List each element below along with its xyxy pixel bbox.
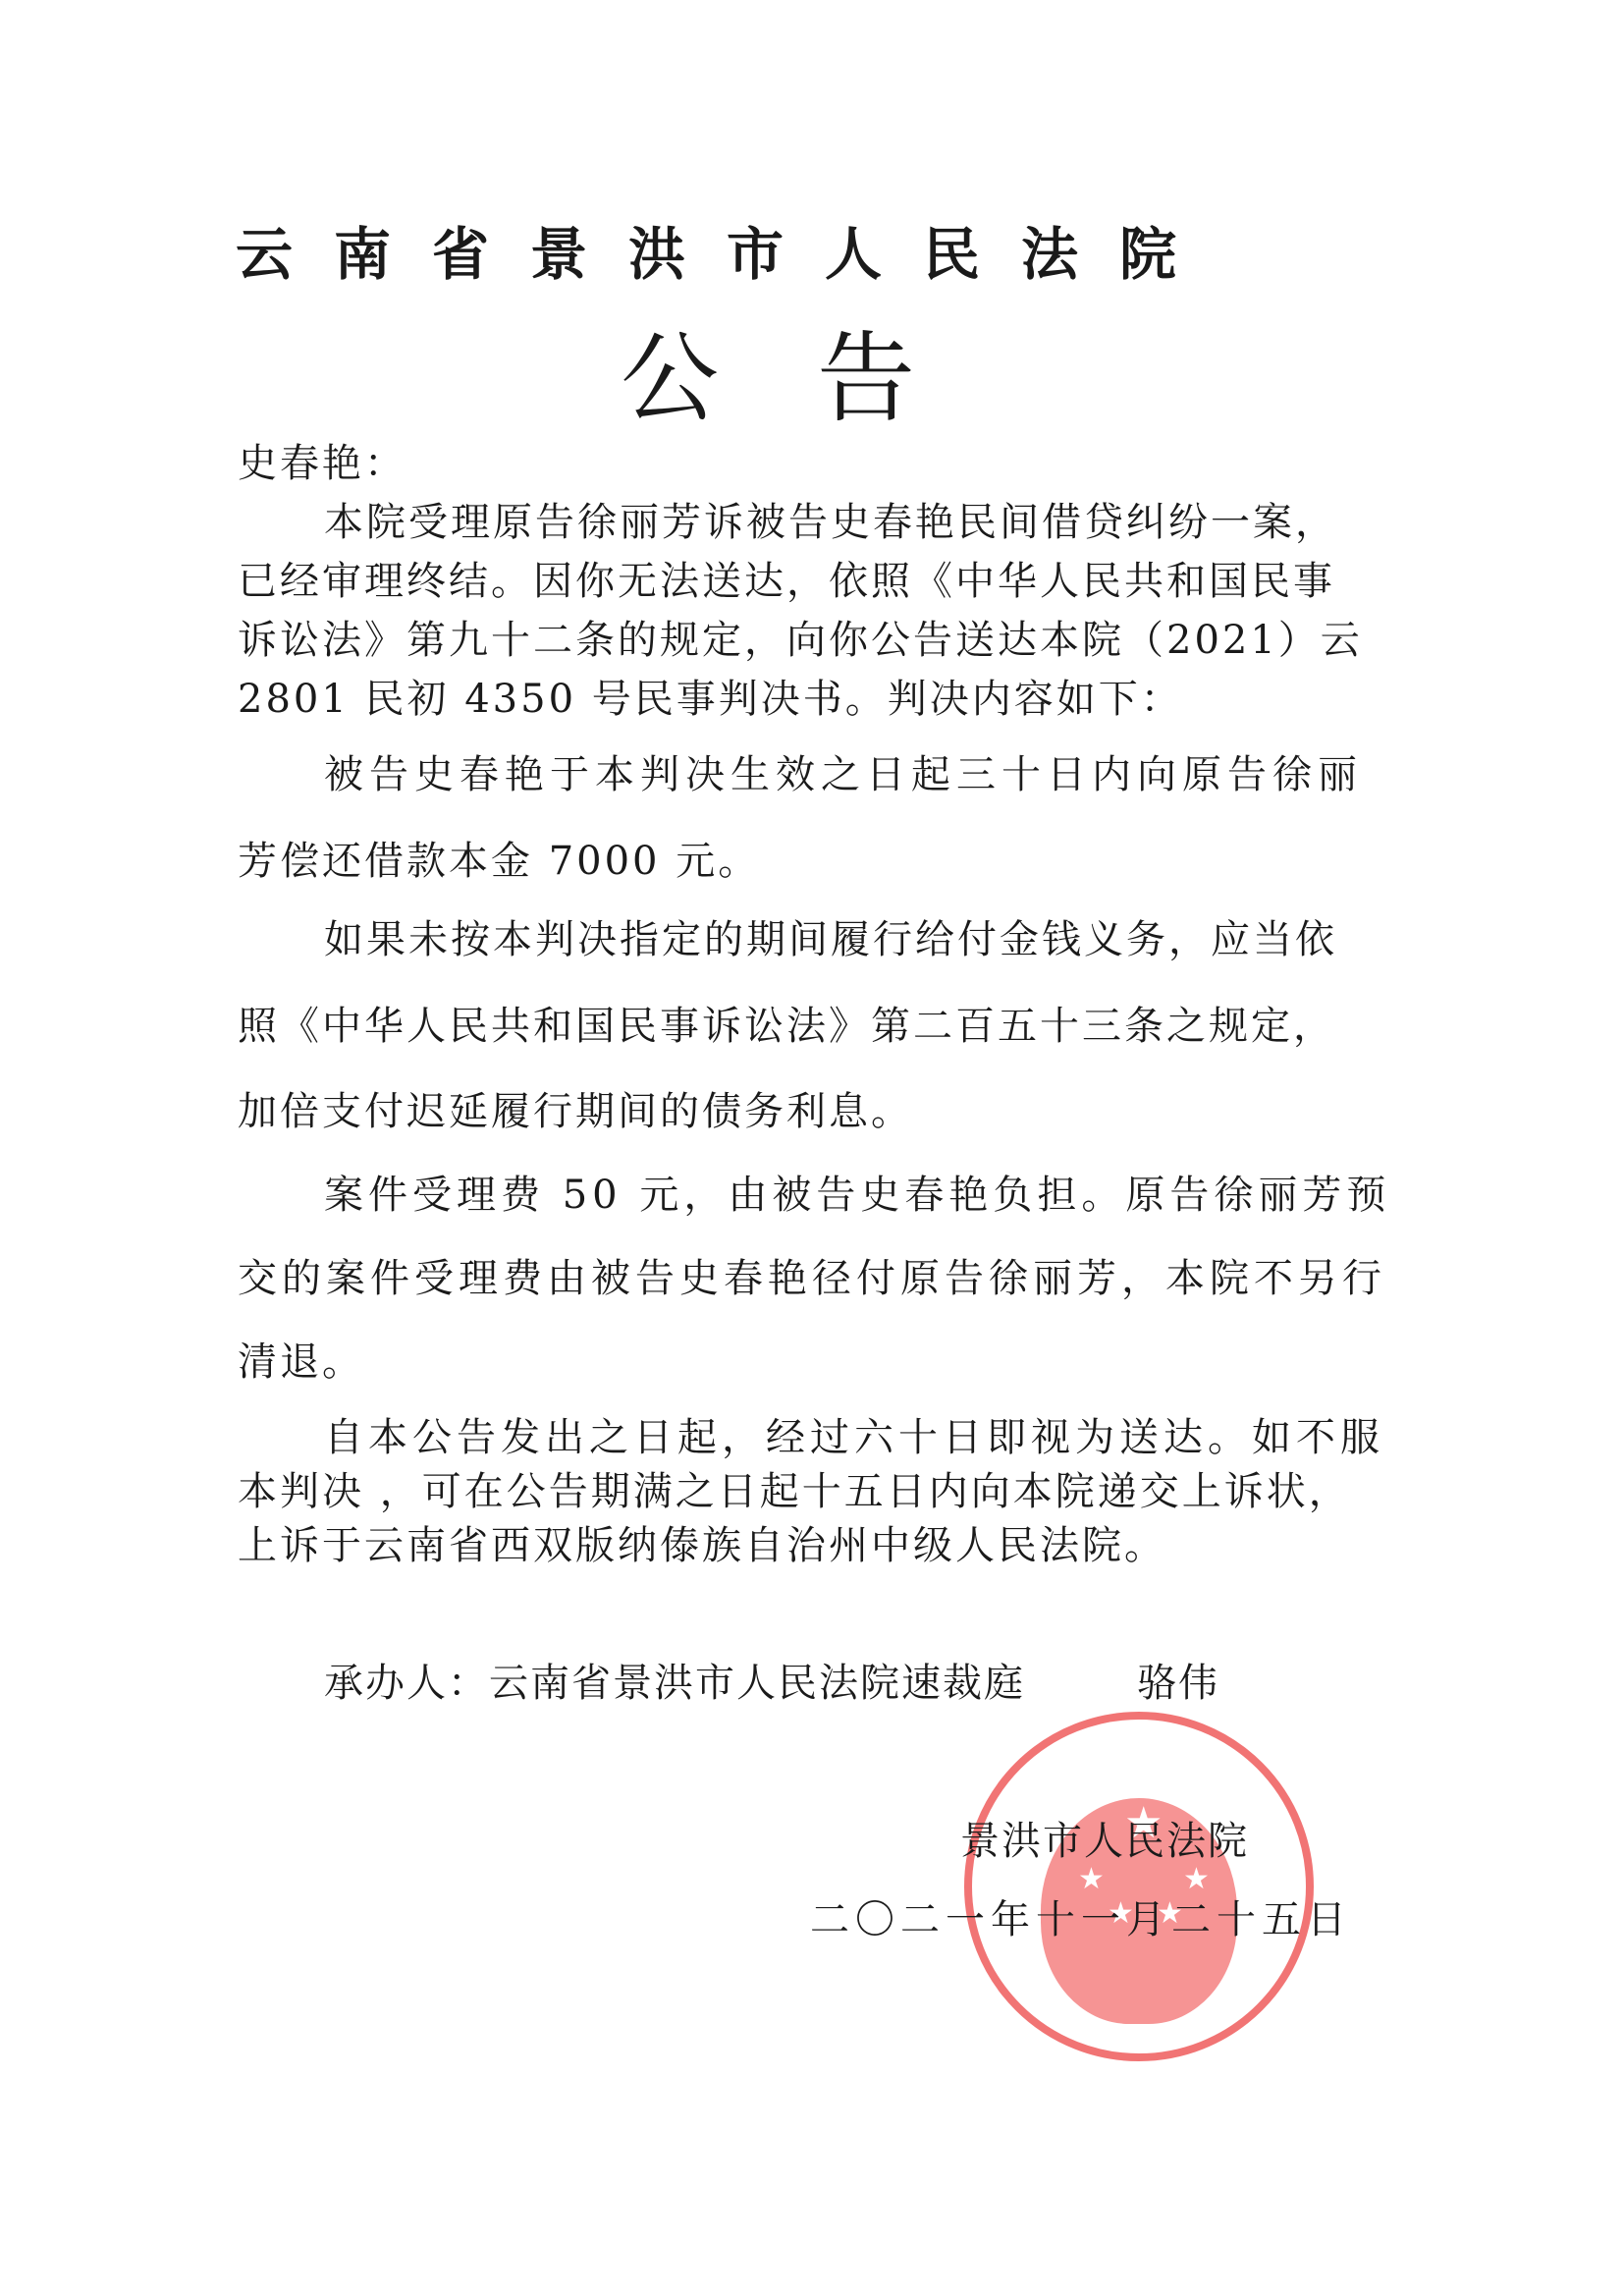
handler-label: 承办人：云南省景洪市人民法院速裁庭 [324, 1652, 1025, 1708]
paragraph-line: 已经审理终结。因你无法送达，依照《中华人民共和国民事 [238, 550, 1335, 606]
paragraph-line: 被告史春艳于本判决生效之日起三十日内向原告徐丽 [324, 743, 1363, 799]
paragraph-line: 清退。 [238, 1331, 364, 1387]
paragraph-line: 加倍支付迟延履行期间的债务利息。 [238, 1080, 913, 1136]
signature-date: 二〇二一年十一月二十五日 [810, 1888, 1352, 1944]
handler-name: 骆伟 [1137, 1652, 1219, 1708]
paragraph-line: 交的案件受理费由被告史春艳径付原告徐丽芳，本院不另行 [238, 1247, 1386, 1303]
signature-court: 景洪市人民法院 [960, 1810, 1249, 1866]
paragraph-line: 本院受理原告徐丽芳诉被告史春艳民间借贷纠纷一案， [324, 491, 1337, 547]
court-name-heading: 云南省景洪市人民法院 [236, 208, 1375, 291]
paragraph-line: 诉讼法》第九十二条的规定，向你公告送达本院（2021）云 [238, 609, 1363, 665]
paragraph-line: 案件受理费 50 元，由被告史春艳负担。原告徐丽芳预 [324, 1164, 1390, 1220]
paragraph-line: 如果未按本判决指定的期间履行给付金钱义务，应当依 [324, 908, 1337, 964]
paragraph-line: 本判决 ，可在公告期满之日起十五日内向本院递交上诉状， [238, 1460, 1351, 1516]
paragraph-line: 照《中华人民共和国民事诉讼法》第二百五十三条之规定， [238, 995, 1335, 1051]
addressee: 史春艳： [238, 432, 406, 488]
paragraph-line: 上诉于云南省西双版纳傣族自治州中级人民法院。 [238, 1514, 1166, 1570]
paragraph-line: 2801 民初 4350 号民事判决书。判决内容如下： [238, 668, 1183, 724]
paragraph-line: 自本公告发出之日起，经过六十日即视为送达。如不服 [324, 1406, 1384, 1462]
paragraph-line: 芳偿还借款本金 7000 元。 [238, 830, 760, 886]
official-seal: ★ ★ ★ ★ ★ [964, 1712, 1314, 2061]
notice-title: 公告 [621, 300, 1013, 441]
